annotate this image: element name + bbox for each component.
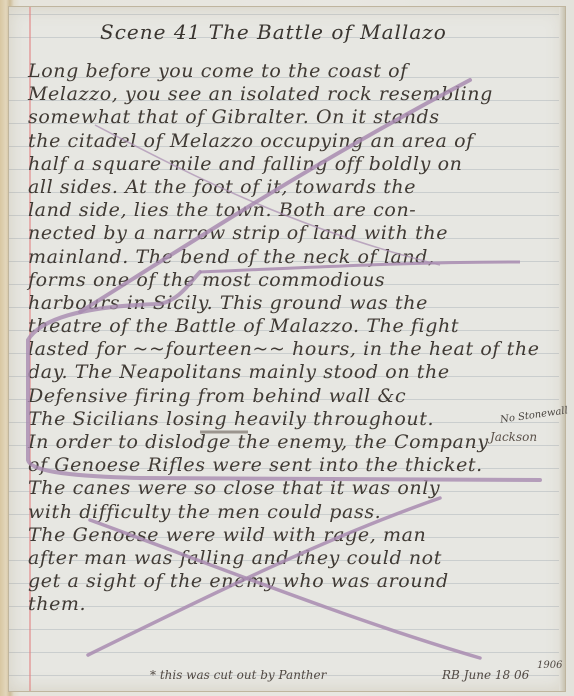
- text-line: get a sight of the enemy who was around: [28, 570, 548, 593]
- text-line: after man was falling and they could not: [28, 547, 548, 570]
- footnote: * this was cut out by Panther: [150, 668, 326, 682]
- text-line: nected by a narrow strip of land with th…: [28, 222, 548, 245]
- handwritten-text-body: Long before you come to the coast of Mel…: [28, 60, 548, 617]
- text-line: all sides. At the foot of it, towards th…: [28, 176, 548, 199]
- text-line: mainland. The bend of the neck of land,: [28, 246, 548, 269]
- text-line: Long before you come to the coast of: [28, 60, 548, 83]
- text-line: harbours in Sicily. This ground was the: [28, 292, 548, 315]
- margin-annotation-bottom: Jackson: [490, 430, 537, 444]
- text-line: The Sicilians losing heavily throughout.: [28, 408, 548, 431]
- text-line: half a square mile and falling off boldl…: [28, 153, 548, 176]
- page-edge: [559, 7, 565, 691]
- text-line: forms one of the most commodious: [28, 269, 548, 292]
- text-line: theatre of the Battle of Malazzo. The fi…: [28, 315, 548, 338]
- initials: RB: [442, 668, 460, 682]
- text-line: with difficulty the men could pass.: [28, 501, 548, 524]
- notebook-page-background: Scene 41 The Battle of Mallazo Long befo…: [0, 0, 574, 696]
- text-line: In order to dislodge the enemy, the Comp…: [28, 431, 548, 454]
- text-line: somewhat that of Gibralter. On it stands: [28, 106, 548, 129]
- text-line: of Genoese Rifles were sent into the thi…: [28, 454, 548, 477]
- text-line: them.: [28, 593, 548, 616]
- date-text: June 18 06: [464, 668, 530, 682]
- year-annotation: 1906: [537, 660, 562, 671]
- text-line: Defensive firing from behind wall &c: [28, 385, 548, 408]
- signature-date: RB June 18 06: [442, 668, 529, 682]
- text-line: day. The Neapolitans mainly stood on the: [28, 361, 548, 384]
- text-line: The canes were so close that it was only: [28, 477, 548, 500]
- text-line: land side, lies the town. Both are con-: [28, 199, 548, 222]
- text-line: lasted for ~~fourteen~~ hours, in the he…: [28, 338, 548, 361]
- text-line: The Genoese were wild with rage, man: [28, 524, 548, 547]
- text-line: Melazzo, you see an isolated rock resemb…: [28, 83, 548, 106]
- page-title: Scene 41 The Battle of Mallazo: [100, 20, 447, 44]
- text-line: the citadel of Melazzo occupying an area…: [28, 130, 548, 153]
